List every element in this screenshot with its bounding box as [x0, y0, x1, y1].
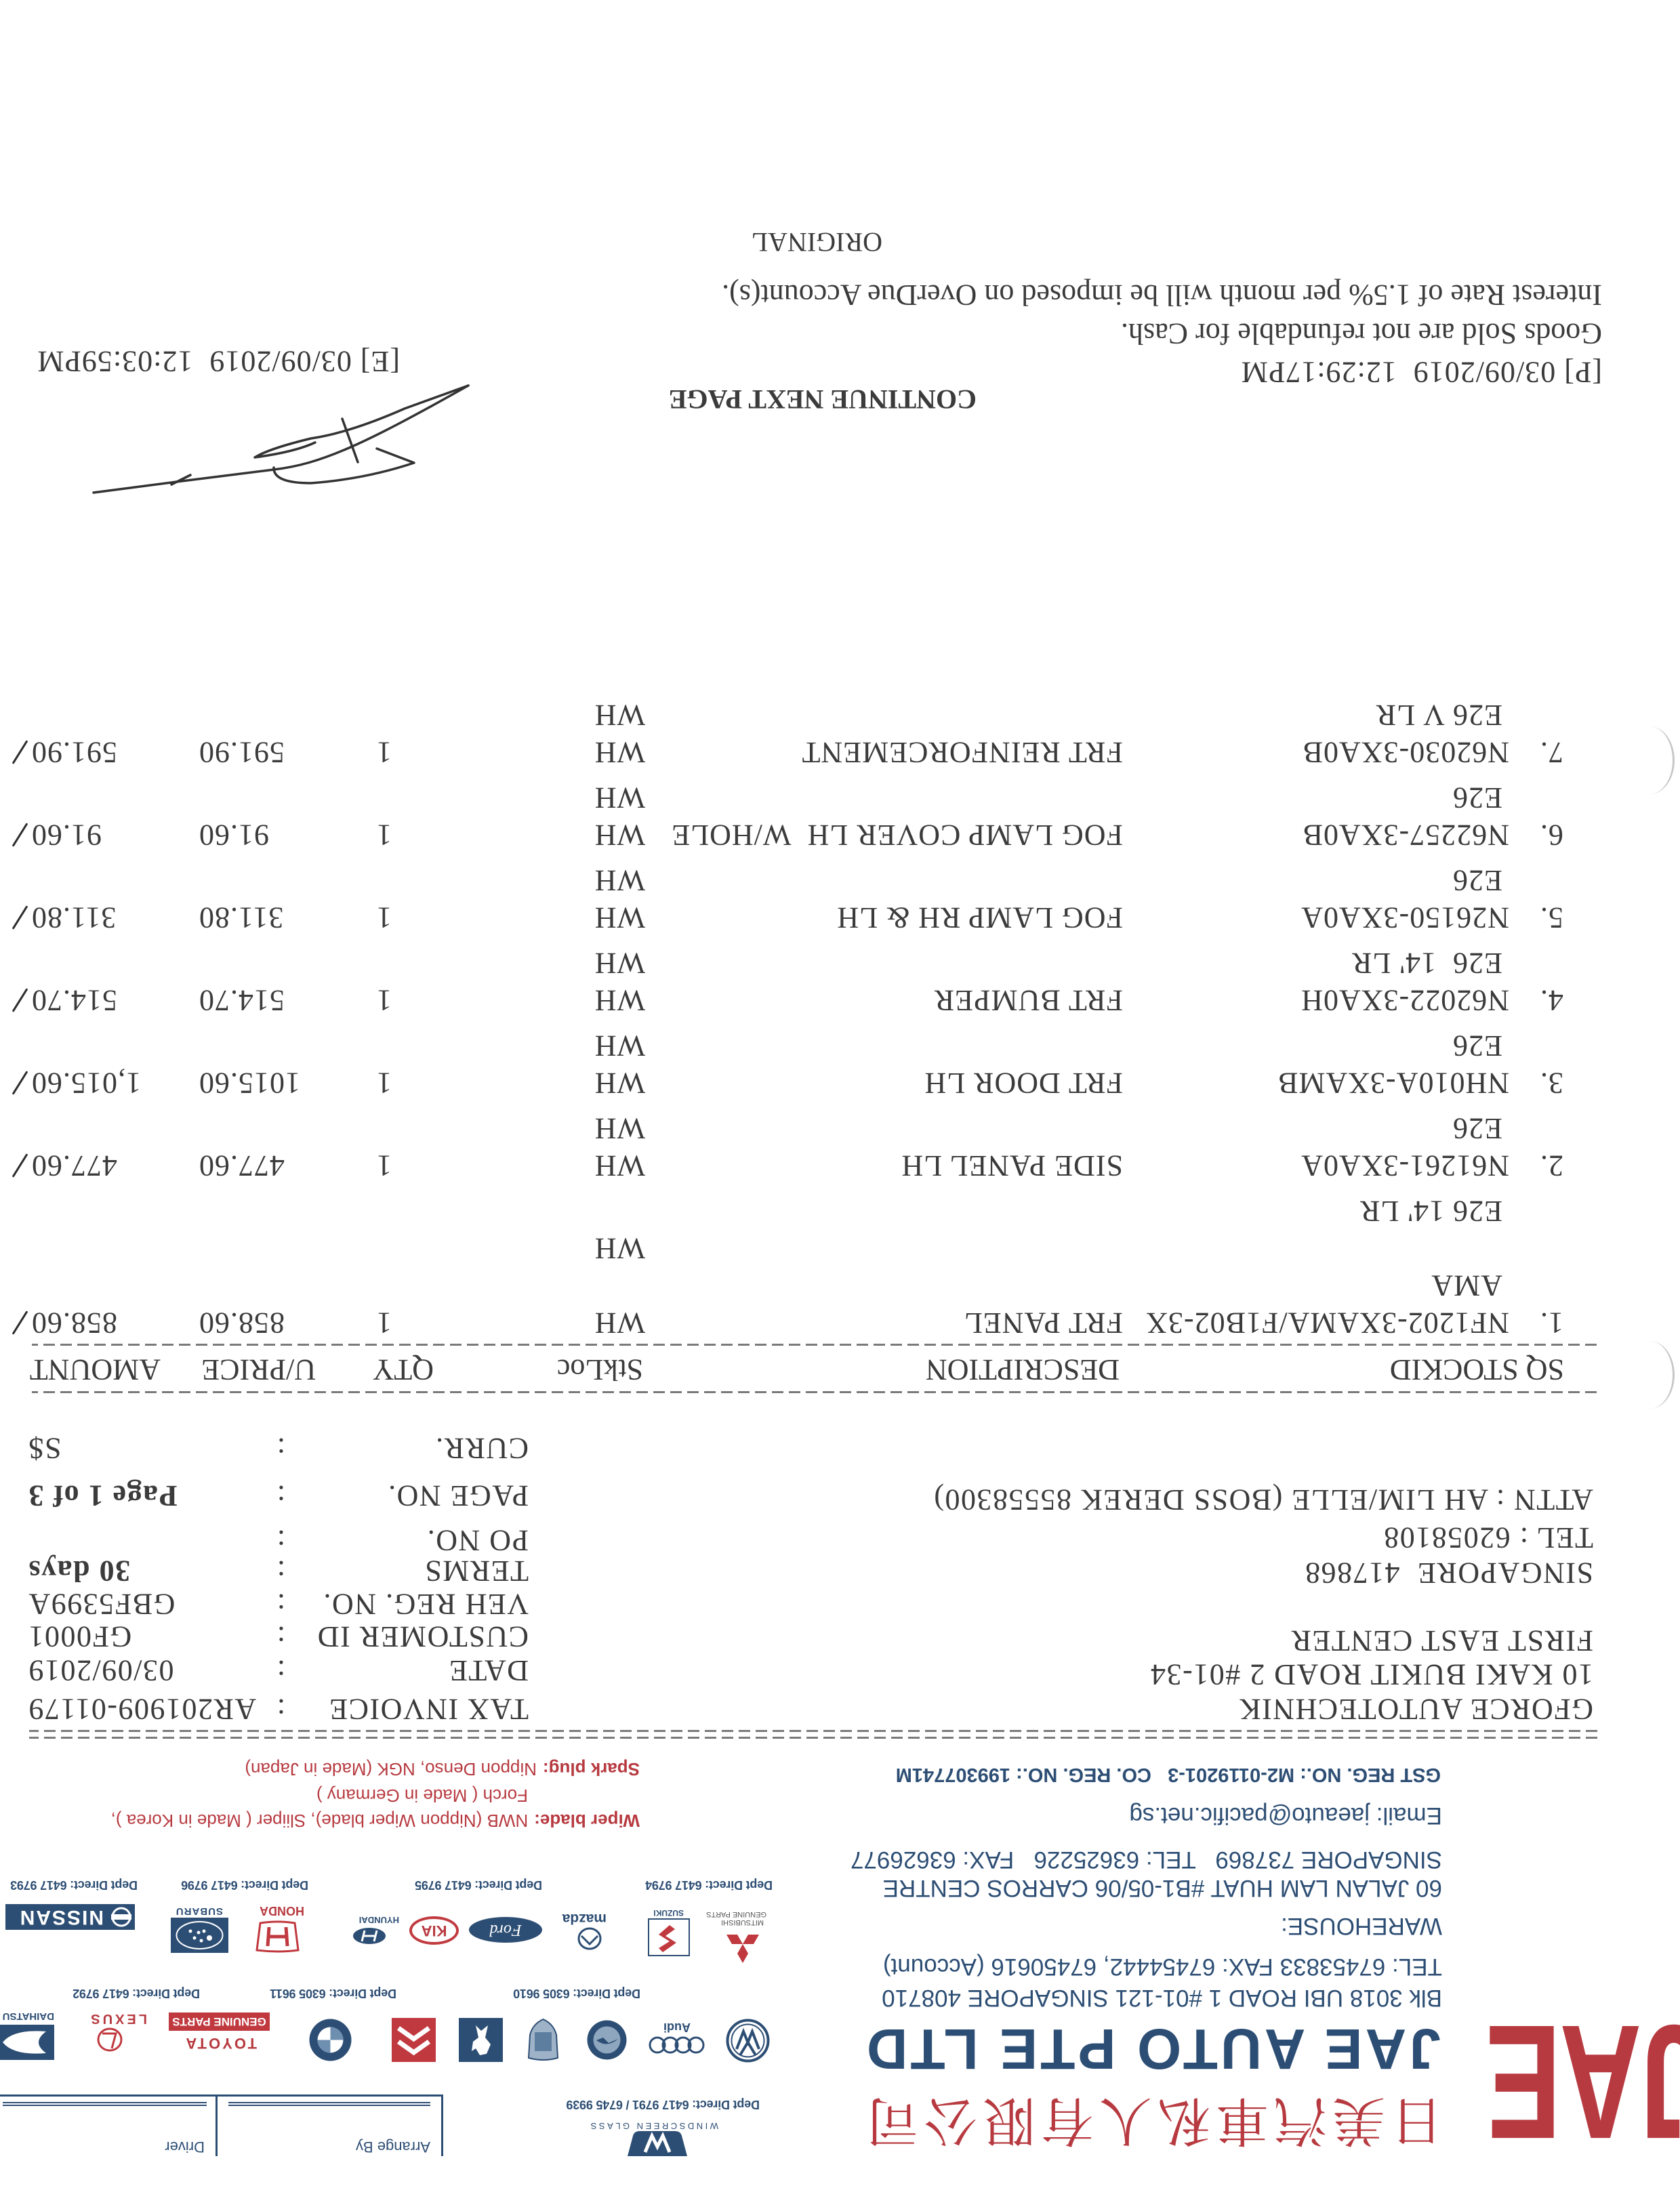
quantity: 1	[376, 817, 462, 852]
stock-location: WH	[594, 1305, 645, 1340]
stock-location: WH	[594, 697, 645, 732]
line-amount: 91.60	[31, 817, 176, 852]
stock-id: N62022-3XA0H	[1300, 983, 1509, 1018]
row-number: 4.	[1540, 983, 1563, 1018]
unit-price: 591.90	[199, 735, 338, 770]
row-number: 6.	[1540, 817, 1563, 852]
handwritten-tick-icon	[12, 1310, 28, 1335]
printed-timestamp: [P] 03/09/2019 12:29:17PM	[1241, 357, 1602, 387]
stock-location: WH	[594, 780, 645, 815]
refund-policy: Goods Sold are not refundable for Cash.	[1121, 318, 1602, 348]
row-number: 3.	[1540, 1065, 1563, 1100]
handwritten-tick-icon	[12, 988, 28, 1012]
copy-type: ORIGINAL	[752, 228, 882, 255]
line-amount: 591.90	[31, 735, 176, 770]
stock-location: WH	[594, 983, 645, 1018]
stock-location: WH	[594, 1231, 645, 1266]
unit-price: 477.60	[199, 1148, 338, 1183]
item-description: FRT DOOR LH	[924, 1065, 1123, 1100]
scanned-invoice-page: JAE 日美汽車私人有限公司 JAE AUTO PTE LTD Blk 3018…	[0, 0, 1680, 2188]
row-number: 1.	[1540, 1305, 1563, 1340]
item-description: FOG LAMP COVER LH W/HOLE	[671, 817, 1123, 852]
stock-detail: E26	[1452, 1028, 1502, 1063]
handwritten-tick-icon	[12, 823, 28, 847]
row-number: 7.	[1540, 735, 1563, 770]
unit-price: 311.80	[199, 900, 338, 935]
item-description: FRT PANEL	[964, 1305, 1123, 1340]
quantity: 1	[376, 1305, 462, 1340]
item-description: SIDE PANEL LH	[901, 1148, 1123, 1183]
stock-detail: AMA	[1431, 1268, 1502, 1303]
item-description: FOG LAMP RH & LH	[836, 900, 1123, 935]
stock-detail: E26 14' LR	[1351, 945, 1502, 981]
handwritten-tick-icon	[12, 905, 28, 930]
handwritten-tick-icon	[12, 1071, 28, 1095]
handwritten-tick-icon	[12, 1153, 28, 1178]
stock-location: WH	[594, 817, 645, 852]
line-amount: 858.60	[31, 1305, 176, 1340]
stock-detail: E26 14' LR	[1359, 1193, 1502, 1229]
unit-price: 858.60	[199, 1305, 338, 1340]
quantity: 1	[376, 900, 462, 935]
entered-timestamp: [E] 03/09/2019 12:03:59PM	[37, 346, 400, 376]
unit-price: 514.70	[199, 983, 338, 1018]
stock-detail: E26 V LR	[1376, 697, 1502, 732]
stock-id: N62257-3XA0B	[1303, 817, 1509, 852]
quantity: 1	[376, 1148, 462, 1183]
stock-location: WH	[594, 1028, 645, 1063]
stock-location: WH	[594, 945, 645, 981]
line-amount: 514.70	[31, 983, 176, 1018]
stock-id: NF1202-3XAMA/F1B02-3X	[1145, 1305, 1509, 1340]
interest-policy: Interest Rate of 1.5% per month will be …	[722, 280, 1602, 310]
stock-location: WH	[594, 1111, 645, 1146]
stock-id: N26150-3XA0A	[1300, 900, 1509, 935]
stock-detail: E26	[1452, 780, 1502, 815]
punch-hole-shadow	[1625, 726, 1675, 794]
stock-location: WH	[594, 1065, 645, 1100]
quantity: 1	[376, 735, 462, 770]
stock-detail: E26	[1452, 863, 1502, 898]
stock-location: WH	[594, 735, 645, 770]
handwritten-signature	[91, 384, 472, 496]
stock-location: WH	[594, 1148, 645, 1183]
punch-hole-shadow	[1625, 1341, 1675, 1409]
row-number: 5.	[1540, 900, 1563, 935]
item-description: FRT REINFORCEMENT	[802, 735, 1123, 770]
stock-location: WH	[594, 900, 645, 935]
stock-id: N62030-3XA0B	[1303, 735, 1509, 770]
unit-price: 91.60	[199, 817, 338, 852]
quantity: 1	[376, 1065, 462, 1100]
item-description: FRT BUMPER	[934, 983, 1123, 1018]
quantity: 1	[376, 983, 462, 1018]
stock-id: N61261-3XA0A	[1300, 1148, 1509, 1183]
line-amount: 311.80	[31, 900, 176, 935]
line-amount: 477.60	[31, 1148, 176, 1183]
row-number: 2.	[1540, 1148, 1563, 1183]
stock-id: NH010A-3XAMB	[1277, 1065, 1509, 1100]
handwritten-tick-icon	[12, 740, 28, 764]
line-amount: 1,015.60	[31, 1065, 176, 1100]
stock-location: WH	[594, 863, 645, 898]
continue-next-page: CONTINUE NEXT PAGE	[669, 386, 977, 413]
stock-detail: E26	[1452, 1111, 1502, 1146]
unit-price: 1015.60	[199, 1065, 338, 1100]
